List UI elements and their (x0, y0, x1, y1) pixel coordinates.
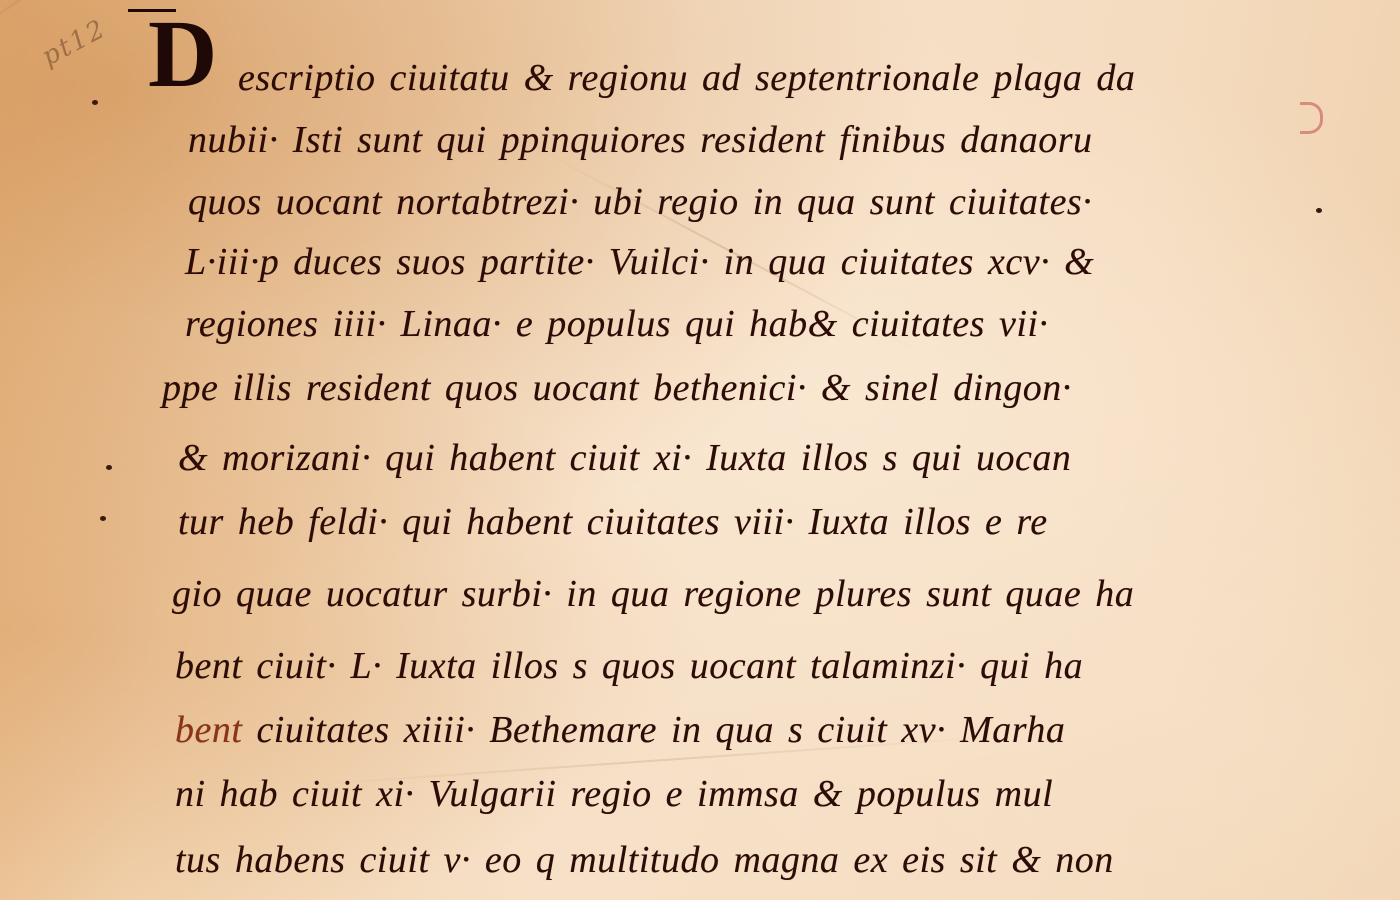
decorated-initial: D (148, 6, 217, 102)
text-line-7: & morizani· qui habent ciuit xi· Iuxta i… (178, 436, 1071, 480)
ink-dot (106, 465, 112, 470)
text-line-4: L·iii·p duces suos partite· Vuilci· in q… (185, 240, 1094, 284)
margin-annotation: pt12 (37, 14, 111, 73)
ink-dot (92, 100, 98, 105)
text-line-2: nubii· Isti sunt qui ppinquiores residen… (188, 118, 1093, 162)
manuscript-page: pt12 D escriptio ciuitatu & regionu ad s… (0, 0, 1400, 900)
ink-dot (1316, 208, 1322, 213)
text-line-6: ppe illis resident quos uocant bethenici… (162, 366, 1072, 410)
text-line-13: tus habens ciuit v· eo q multitudo magna… (175, 838, 1114, 882)
ink-dot (100, 516, 106, 521)
text-line-5: regiones iiii· Linaa· e populus qui hab&… (185, 302, 1048, 346)
text-line-8: tur heb feldi· qui habent ciuitates viii… (178, 500, 1048, 544)
text-line-11: bent ciuitates xiiii· Bethemare in qua s… (175, 708, 1065, 752)
text-line-3: quos uocant nortabtrezi· ubi regio in qu… (188, 180, 1092, 224)
text-line-9: gio quae uocatur surbi· in qua regione p… (172, 572, 1134, 616)
line-11-rest: ciuitates xiiii· Bethemare in qua s ciui… (256, 709, 1065, 751)
text-line-10: bent ciuit· L· Iuxta illos s quos uocant… (175, 644, 1083, 688)
text-line-12: ni hab ciuit xi· Vulgarii regio e immsa … (175, 772, 1053, 816)
red-correction-mark (1300, 102, 1323, 134)
text-line-1: escriptio ciuitatu & regionu ad septentr… (238, 56, 1135, 100)
rubric-word: bent (175, 709, 242, 751)
